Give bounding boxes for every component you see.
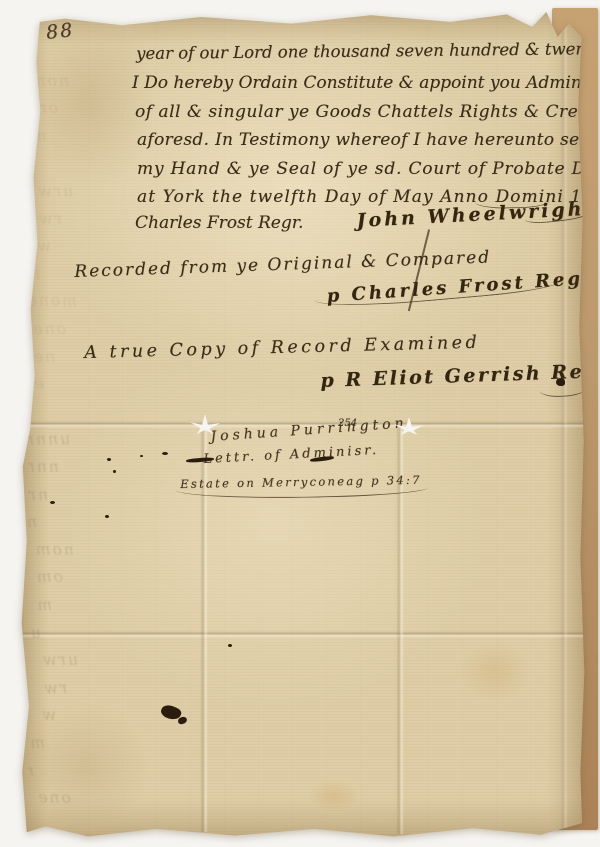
certification-line: A true Copy of Record Examined [84, 333, 480, 363]
flourish-underline [540, 388, 586, 398]
ink-blot [107, 458, 111, 461]
body-line: aforesd. In Testimony whereof I have her… [137, 130, 587, 150]
page-number: 88 [45, 19, 75, 44]
body-line: of all & singular ye Goods Chattels Righ… [135, 102, 600, 122]
manuscript-page: nnom urw mone unnre omm ernou wun mnou e… [20, 12, 586, 838]
ink-blot [140, 455, 143, 457]
body-line: year of our Lord one thousand seven hund… [136, 39, 600, 63]
ink-layer: 88 year of our Lord one thousand seven h… [20, 12, 586, 838]
body-line: my Hand & ye Seal of ye sd. Court of Pro… [137, 159, 600, 179]
body-line: I Do hereby Ordain Constitute & appoint … [132, 73, 600, 93]
registrar-name: Charles Frost Regr. [135, 213, 303, 233]
scan-background: nnom urw mone unnre omm ernou wun mnou e… [0, 0, 600, 847]
ink-blot [50, 501, 55, 504]
ink-blot [177, 716, 187, 724]
docket-name: Joshua Purrington [210, 415, 408, 445]
bleed-row: nnom urw mone unnre omm ernou wun mnou e… [28, 20, 32, 61]
ink-blot [113, 470, 116, 473]
ink-blot [228, 644, 232, 647]
paper-sheet: nnom urw mone unnre omm ernou wun mnou e… [20, 12, 586, 838]
docket-title: Lettr. of Adminisr. [203, 443, 379, 467]
ink-blot [162, 452, 168, 455]
certification-signature: p R Eliot Gerrish Regd. [320, 359, 600, 392]
ink-blot [556, 378, 565, 386]
ink-blot [105, 515, 109, 518]
recorded-line: Recorded from ye Original & Compared [74, 247, 491, 282]
